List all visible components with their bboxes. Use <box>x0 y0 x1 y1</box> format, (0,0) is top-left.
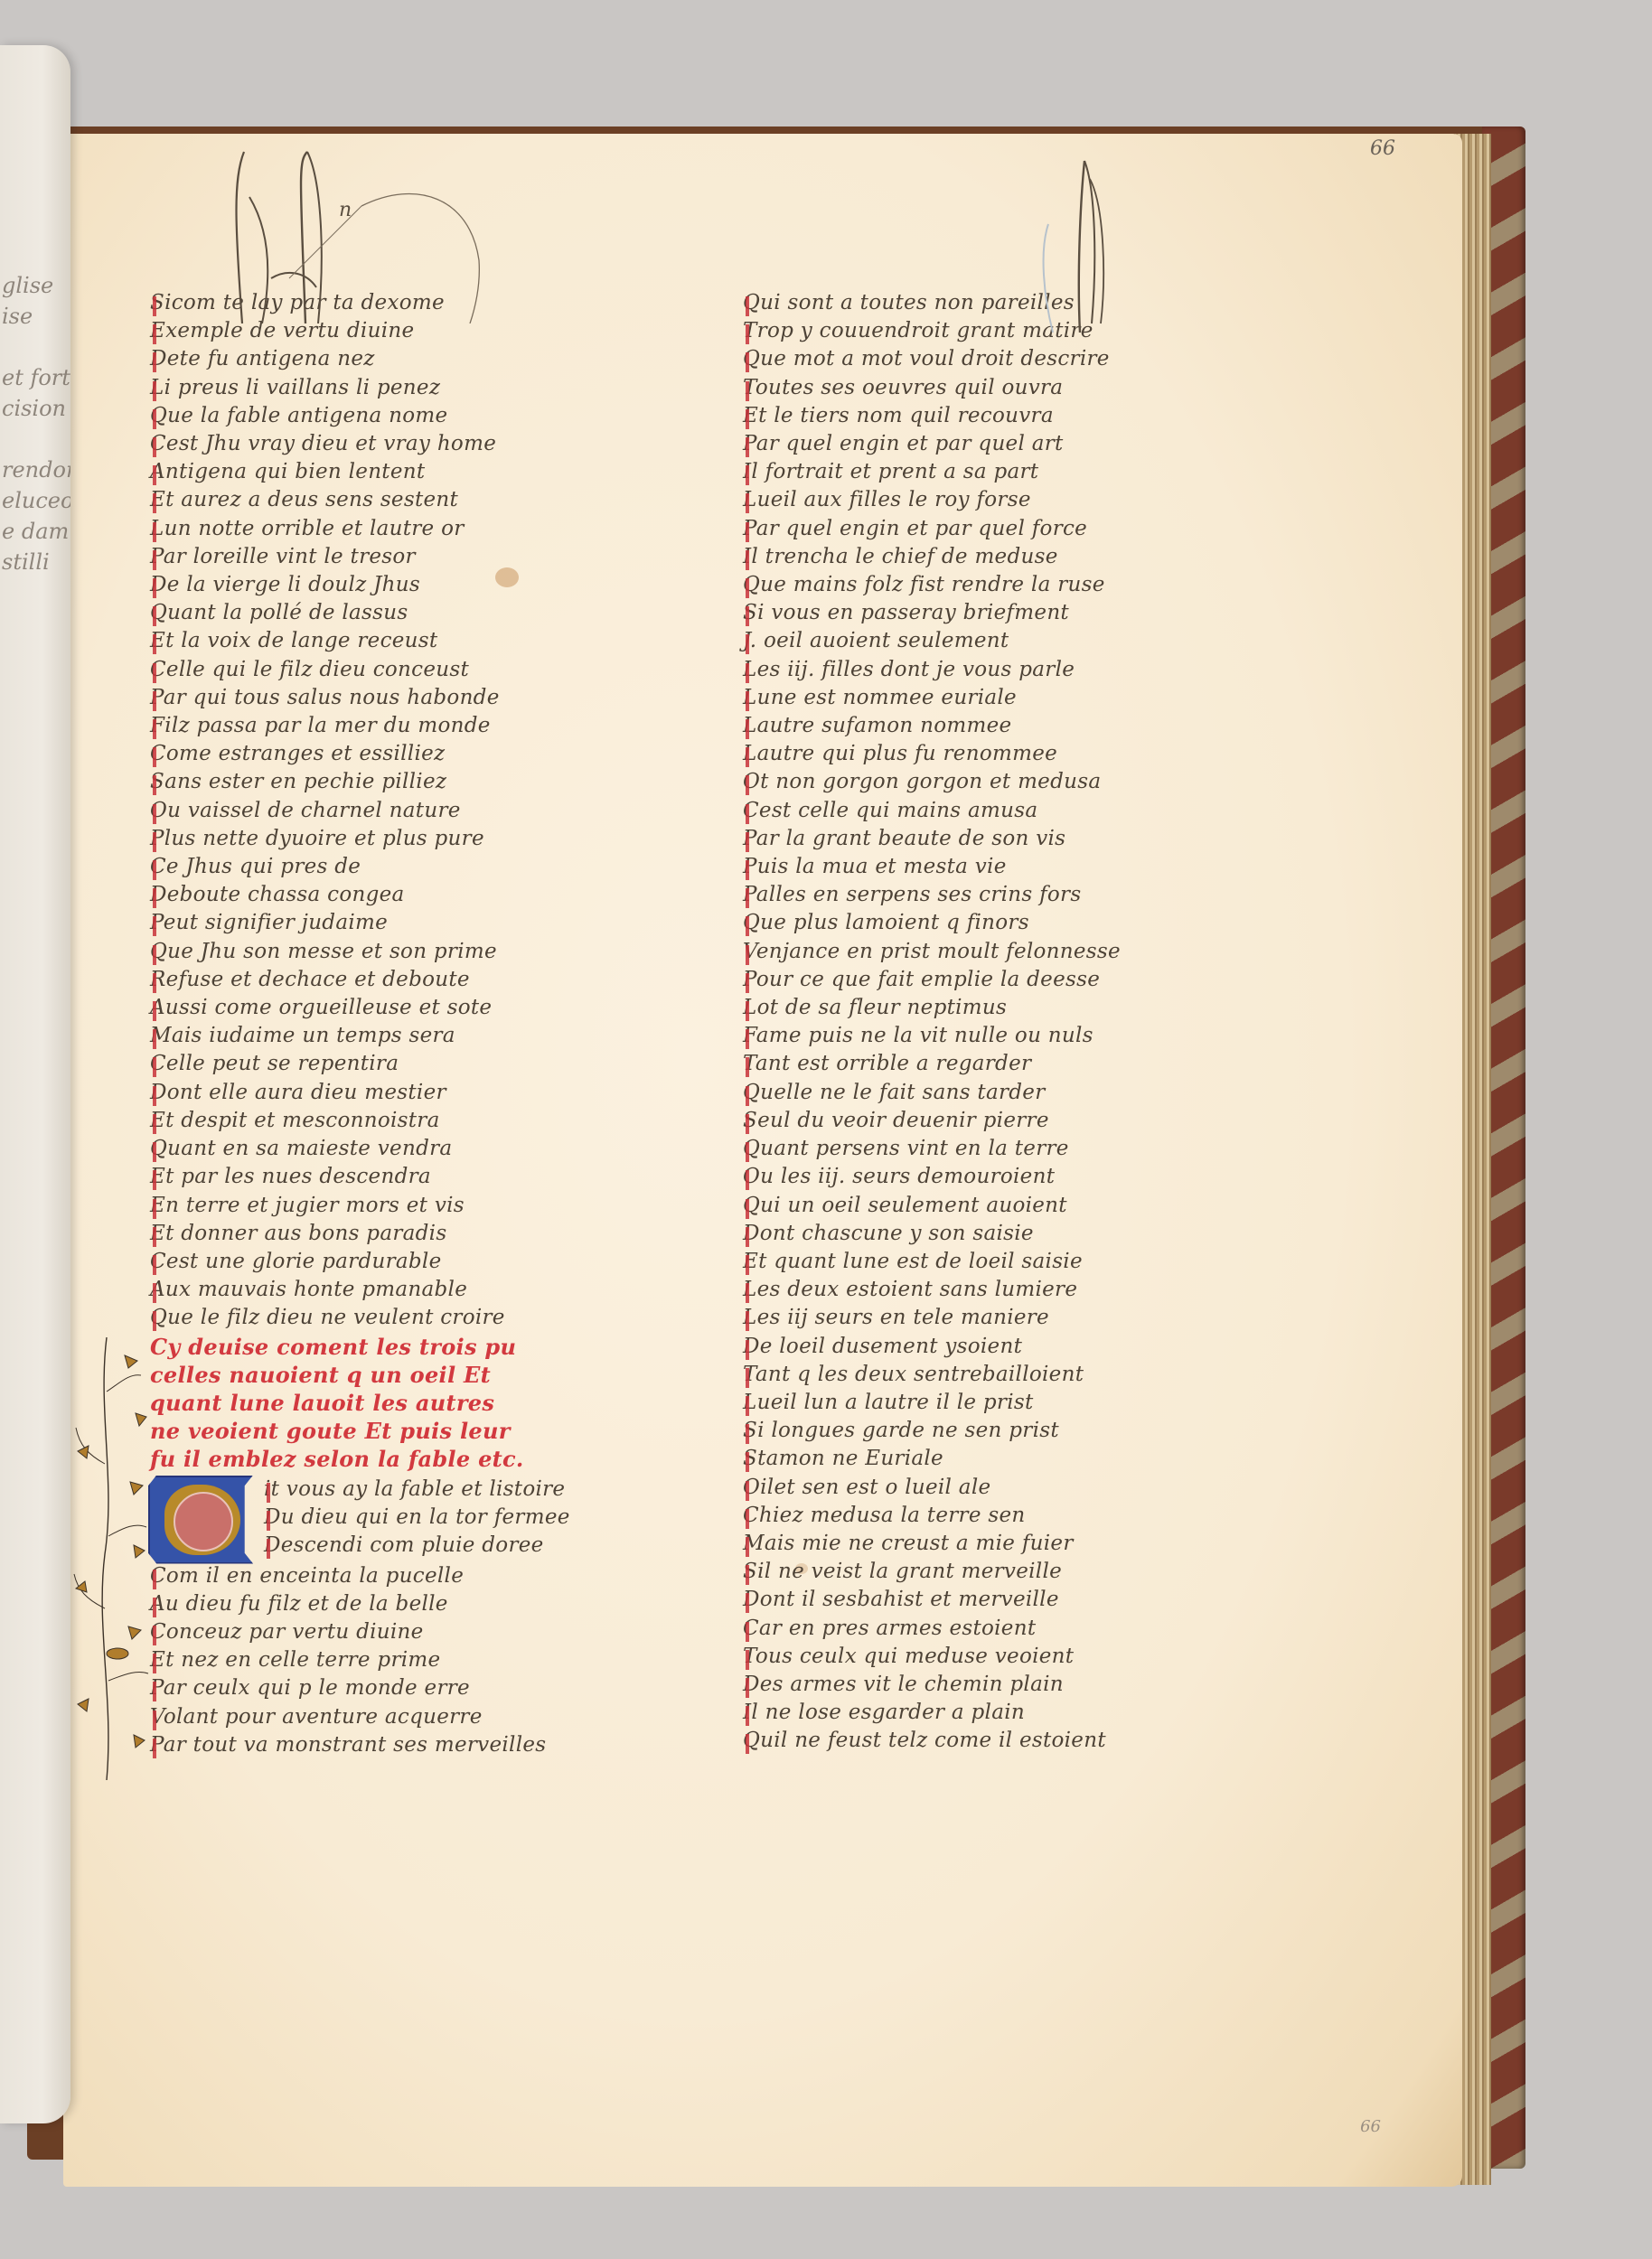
rubricated-initial: C <box>150 1052 166 1075</box>
marginal-vine-border <box>70 1337 152 1780</box>
facing-page-text-fragment: eluceor <box>2 486 70 515</box>
rubricated-initial: D <box>264 1533 281 1557</box>
verse-line: Lautre qui plus fu renommee <box>743 740 1285 768</box>
verse-line: Aux mauvais honte pmanable <box>150 1276 674 1304</box>
manuscript-page: 66 66 n Sicom te lay par ta dexomeExempl… <box>63 134 1462 2187</box>
rubricated-initial: P <box>743 968 756 991</box>
rubricated-initial: S <box>743 601 757 624</box>
verse-line: Que le filz dieu ne veulent croire <box>150 1304 674 1332</box>
verse-line: Chiez medusa la terre sen <box>743 1502 1285 1530</box>
verse-line: Conceuz par vertu diuine <box>150 1618 674 1646</box>
verse-line: Descendi com pluie doree <box>264 1532 570 1560</box>
rubricated-initial: Q <box>150 1306 167 1329</box>
facing-page-text-fragment: et fort <box>2 363 70 392</box>
verse-line: Come estranges et essilliez <box>150 740 674 768</box>
verse-line: Il fortrait et prent a sa part <box>743 458 1285 486</box>
verse-line: Au dieu fu filz et de la belle <box>150 1590 674 1618</box>
rubricated-initial: E <box>150 319 165 342</box>
verse-line: Quil ne feust telz come il estoient <box>743 1727 1285 1755</box>
verse-line: Toutes ses oeuvres quil ouvra <box>743 374 1285 402</box>
rubricated-initial: Q <box>743 347 760 370</box>
rubricated-initial: D <box>743 1673 760 1696</box>
rubricated-initial: F <box>743 1024 756 1047</box>
facing-page-text-fragment: cision <box>2 394 66 423</box>
rubricated-initial: Q <box>743 573 760 596</box>
rubric-heading: Cy deuise coment les trois pucelles nauo… <box>150 1333 674 1474</box>
rubricated-initial: S <box>743 1419 757 1442</box>
rubricated-initial: E <box>743 404 758 427</box>
rubricated-initial: C <box>743 1504 759 1527</box>
verse-line: Oilet sen est o lueil ale <box>743 1474 1285 1502</box>
rubricated-initial: Q <box>743 911 760 934</box>
verse-line: Et donner aus bons paradis <box>150 1220 674 1248</box>
rubricated-initial: E <box>150 1109 165 1132</box>
folio-number-bottom: 66 <box>1360 2117 1381 2136</box>
rubricated-initial: I <box>743 545 751 568</box>
verse-line: Seul du veoir deuenir pierre <box>743 1107 1285 1135</box>
rubricated-initial: V <box>743 940 756 963</box>
rubric-line: celles nauoient q un oeil Et <box>150 1361 674 1389</box>
verse-line: Si longues garde ne sen prist <box>743 1417 1285 1445</box>
rubricated-initial: D <box>743 1222 760 1245</box>
rubricated-initial: S <box>743 1560 757 1583</box>
rubricated-initial: L <box>150 376 164 399</box>
rubricated-initial: L <box>743 658 757 681</box>
verse-line: Par quel engin et par quel force <box>743 515 1285 543</box>
verse-line: Ou vaissel de charnel nature <box>150 797 674 825</box>
facing-page-text-fragment: e damme <box>2 517 70 546</box>
rubricated-initial: P <box>743 517 756 540</box>
rubricated-initial: P <box>150 545 164 568</box>
verse-line: Dont il sesbahist et merveille <box>743 1586 1285 1614</box>
verse-line: Tant est orrible a regarder <box>743 1050 1285 1078</box>
verse-line: Il ne lose esgarder a plain <box>743 1699 1285 1727</box>
verse-line: Si vous en passeray briefment <box>743 599 1285 627</box>
verse-line: Et par les nues descendra <box>150 1163 674 1191</box>
verse-line: Que plus lamoient q finors <box>743 909 1285 937</box>
facing-page-text-fragment: rendor <box>2 455 70 484</box>
rubricated-initial: D <box>150 883 167 906</box>
verse-line: En terre et jugier mors et vis <box>150 1192 674 1220</box>
rubricated-initial: P <box>150 686 164 709</box>
verse-line: Que mot a mot voul droit descrire <box>743 345 1285 373</box>
rubricated-initial: Q <box>743 1081 760 1104</box>
verse-line: Mais iudaime un temps sera <box>150 1022 674 1050</box>
rubricated-initial: Q <box>743 1729 760 1752</box>
text-column-right: Qui sont a toutes non pareillesTrop y co… <box>743 289 1285 1756</box>
verse-line: Tous ceulx qui meduse veoient <box>743 1643 1285 1671</box>
verse-line: Lot de sa fleur neptimus <box>743 994 1285 1022</box>
folio-number-top: 66 <box>1370 137 1395 160</box>
verse-line: Peut signifier judaime <box>150 909 674 937</box>
verse-line: Fame puis ne la vit nulle ou nuls <box>743 1022 1285 1050</box>
illuminated-initial-block: it vous ay la fable et listoireDu dieu q… <box>150 1476 674 1561</box>
rubricated-initial: D <box>150 573 167 596</box>
verse-line: Li preus li vaillans li penez <box>150 374 674 402</box>
rubricated-initial: D <box>150 347 167 370</box>
rubricated-initial: C <box>150 742 166 765</box>
verse-line: it vous ay la fable et listoire <box>264 1476 570 1504</box>
verse-line: Filz passa par la mer du monde <box>150 712 674 740</box>
verse-line: De loeil dusement ysoient <box>743 1333 1285 1361</box>
rubricated-initial: L <box>150 517 164 540</box>
rubricated-initial: A <box>150 1592 165 1616</box>
illuminated-initial-d <box>148 1476 253 1564</box>
verse-line: Volant pour aventure acquerre <box>150 1703 674 1731</box>
rubricated-initial: I <box>743 460 751 483</box>
verse-line: Dont chascune y son saisie <box>743 1220 1285 1248</box>
rubricated-initial: Q <box>743 1137 760 1160</box>
verse-line: Refuse et dechace et deboute <box>150 966 674 994</box>
rubricated-initial: V <box>150 1705 164 1729</box>
rubricated-initial: O <box>743 770 760 793</box>
rubricated-initial: D <box>264 1505 281 1529</box>
rubricated-initial: C <box>150 658 166 681</box>
rubricated-initial: A <box>150 996 165 1019</box>
rubric-line: fu il emblez selon la fable etc. <box>150 1445 674 1473</box>
rubricated-initial: D <box>743 1588 760 1611</box>
verse-line: Cest celle qui mains amusa <box>743 797 1285 825</box>
rubricated-initial: O <box>743 1165 760 1188</box>
verse-line: J. oeil auoient seulement <box>743 627 1285 655</box>
rubricated-initial: O <box>743 1476 760 1499</box>
rubricated-initial: E <box>150 629 165 652</box>
verse-line: Et nez en celle terre prime <box>150 1646 674 1674</box>
rubricated-initial: L <box>743 1391 757 1414</box>
verse-line: Les deux estoient sans lumiere <box>743 1276 1285 1304</box>
rubricated-initial: L <box>743 488 757 511</box>
verse-line: Quant persens vint en la terre <box>743 1135 1285 1163</box>
verse-line: De la vierge li doulz Jhus <box>150 571 674 599</box>
rubricated-initial: M <box>150 1024 172 1047</box>
rubricated-initial: C <box>150 432 166 455</box>
rubricated-initial: A <box>150 1278 165 1301</box>
rubricated-initial: Q <box>150 601 167 624</box>
rubricated-initial: Q <box>743 1194 760 1217</box>
rubricated-initial: R <box>150 968 166 991</box>
rubricated-initial: Q <box>150 404 167 427</box>
verse-line: Que la fable antigena nome <box>150 402 674 430</box>
verse-line: Dont elle aura dieu mestier <box>150 1079 674 1107</box>
rubricated-initial: T <box>743 1363 756 1386</box>
verse-line: Qui un oeil seulement auoient <box>743 1192 1285 1220</box>
rubricated-initial: F <box>150 714 164 737</box>
rubricated-initial: C <box>150 1620 166 1644</box>
verse-line: Lautre sufamon nommee <box>743 712 1285 740</box>
left-facing-page[interactable]: gliseiseet fortcisionrendoreluceore damm… <box>0 45 70 2123</box>
verse-line: Lune est nommee euriale <box>743 684 1285 712</box>
verse-line: Palles en serpens ses crins fors <box>743 881 1285 909</box>
verse-line: Ce Jhus qui pres de <box>150 853 674 881</box>
verse-line: Qui sont a toutes non pareilles <box>743 289 1285 317</box>
rubricated-initial: E <box>150 1222 165 1245</box>
rubricated-initial: C <box>150 1250 166 1273</box>
rubricated-initial: T <box>743 1052 756 1075</box>
verse-line: Par la grant beaute de son vis <box>743 825 1285 853</box>
rubricated-initial: L <box>743 1306 757 1329</box>
verse-line: Il trencha le chief de meduse <box>743 543 1285 571</box>
verse-line: Et aurez a deus sens sestent <box>150 486 674 514</box>
rubricated-initial: O <box>150 799 167 822</box>
verse-line: Deboute chassa congea <box>150 881 674 909</box>
rubricated-initial: J <box>743 629 750 652</box>
verse-line: Puis la mua et mesta vie <box>743 853 1285 881</box>
rubricated-initial: P <box>743 827 756 850</box>
rubricated-initial: P <box>743 883 756 906</box>
verse-line: Car en pres armes estoient <box>743 1615 1285 1643</box>
rubricated-initial: T <box>743 376 756 399</box>
rubricated-initial: P <box>743 855 757 878</box>
rubricated-initial: T <box>743 1645 756 1668</box>
verse-line: Par quel engin et par quel art <box>743 430 1285 458</box>
rubricated-initial: S <box>150 770 164 793</box>
rubric-line: Cy deuise coment les trois pu <box>150 1333 674 1361</box>
rubricated-initial: A <box>150 460 165 483</box>
verse-line: Lueil aux filles le roy forse <box>743 486 1285 514</box>
verse-line: Quant la pollé de lassus <box>150 599 674 627</box>
rubric-line: quant lune lauoit les autres <box>150 1389 674 1417</box>
verse-line: Mais mie ne creust a mie fuier <box>743 1530 1285 1558</box>
rubricated-initial: C <box>150 855 166 878</box>
rubricated-initial: P <box>150 911 164 934</box>
verse-line: Et despit et mesconnoistra <box>150 1107 674 1135</box>
verse-line: Et le tiers nom quil recouvra <box>743 402 1285 430</box>
verse-line: Que Jhu son messe et son prime <box>150 938 674 966</box>
verse-line: Cest Jhu vray dieu et vray home <box>150 430 674 458</box>
verse-line: Par loreille vint le tresor <box>150 543 674 571</box>
facing-page-text-fragment: glise <box>2 271 53 300</box>
facing-page-text-fragment: ise <box>2 302 33 331</box>
rubricated-initial: P <box>743 432 756 455</box>
rubricated-initial: S <box>743 1447 757 1470</box>
rubricated-initial: Q <box>743 291 760 314</box>
rubricated-initial: L <box>743 742 757 765</box>
verse-line: Cest une glorie pardurable <box>150 1248 674 1276</box>
verse-line: Que mains folz fist rendre la ruse <box>743 571 1285 599</box>
verse-line: Antigena qui bien lentent <box>150 458 674 486</box>
verse-line: Les iij. filles dont je vous parle <box>743 656 1285 684</box>
ascender-flourish-left <box>217 143 578 323</box>
rubricated-initial: L <box>743 714 757 737</box>
rubric-line: ne veoient goute Et puis leur <box>150 1417 674 1445</box>
verse-line: Trop y couuendroit grant matire <box>743 317 1285 345</box>
verse-line: Les iij seurs en tele maniere <box>743 1304 1285 1332</box>
rubricated-initial: E <box>150 1194 165 1217</box>
rubricated-initial: S <box>150 291 164 314</box>
verse-line: Tant q les deux sentrebailloient <box>743 1361 1285 1389</box>
rubricated-initial: I <box>743 1701 751 1724</box>
verse-line: Venjance en prist moult felonnesse <box>743 938 1285 966</box>
rubricated-initial: L <box>743 686 757 709</box>
rubricated-initial: L <box>743 996 757 1019</box>
verse-line: Quelle ne le fait sans tarder <box>743 1079 1285 1107</box>
verse-line: Par qui tous salus nous habonde <box>150 684 674 712</box>
verse-line: Des armes vit le chemin plain <box>743 1671 1285 1699</box>
verse-line: Plus nette dyuoire et plus pure <box>150 825 674 853</box>
verse-line: Pour ce que fait emplie la deesse <box>743 966 1285 994</box>
rubricated-initial: L <box>743 1278 757 1301</box>
verse-line: Celle peut se repentira <box>150 1050 674 1078</box>
verse-line: Lueil lun a lautre il le prist <box>743 1389 1285 1417</box>
verse-line: Dete fu antigena nez <box>150 345 674 373</box>
verse-line: Aussi come orgueilleuse et sote <box>150 994 674 1022</box>
verse-line: Stamon ne Euriale <box>743 1445 1285 1473</box>
verse-line: Sans ester en pechie pilliez <box>150 768 674 796</box>
rubricated-initial: P <box>150 827 164 850</box>
verse-line: Par tout va monstrant ses merveilles <box>150 1731 674 1759</box>
rubricated-initial: D <box>743 1335 760 1358</box>
rubricated-initial: M <box>743 1532 765 1555</box>
verse-line: Quant en sa maieste vendra <box>150 1135 674 1163</box>
verse-line: Du dieu qui en la tor fermee <box>264 1504 570 1532</box>
rubricated-initial: C <box>150 1564 166 1588</box>
ascender-flourish-right <box>1030 152 1139 333</box>
rubricated-initial: E <box>743 1250 758 1273</box>
verse-line: Par ceulx qui p le monde erre <box>150 1674 674 1702</box>
rubricated-initial: D <box>150 1081 167 1104</box>
verse-line: Et la voix de lange receust <box>150 627 674 655</box>
rubricated-initial: E <box>150 1165 165 1188</box>
verse-line: Ot non gorgon gorgon et medusa <box>743 768 1285 796</box>
facing-page-text-fragment: stilli <box>2 548 50 576</box>
rubricated-initial: E <box>150 488 165 511</box>
rubricated-initial: C <box>743 799 759 822</box>
rubricated-initial: P <box>150 1676 164 1700</box>
verse-line: Et quant lune est de loeil saisie <box>743 1248 1285 1276</box>
rubricated-initial: S <box>743 1109 757 1132</box>
rubricated-initial: T <box>743 319 757 342</box>
rubricated-initial: Q <box>150 1137 167 1160</box>
verse-line: Lun notte orrible et lautre or <box>150 515 674 543</box>
rubricated-initial: E <box>150 1648 165 1672</box>
verse-line: Ou les iij. seurs demouroient <box>743 1163 1285 1191</box>
text-column-left: Sicom te lay par ta dexomeExemple de ver… <box>150 289 674 1759</box>
verse-line: Com il en enceinta la pucelle <box>150 1562 674 1590</box>
rubricated-initial: C <box>743 1617 759 1640</box>
verse-line: Celle qui le filz dieu conceust <box>150 656 674 684</box>
rubricated-initial: i <box>264 1477 271 1501</box>
verse-line: Sil ne veist la grant merveille <box>743 1558 1285 1586</box>
rubricated-initial: Q <box>150 940 167 963</box>
rubricated-initial: P <box>150 1733 164 1757</box>
